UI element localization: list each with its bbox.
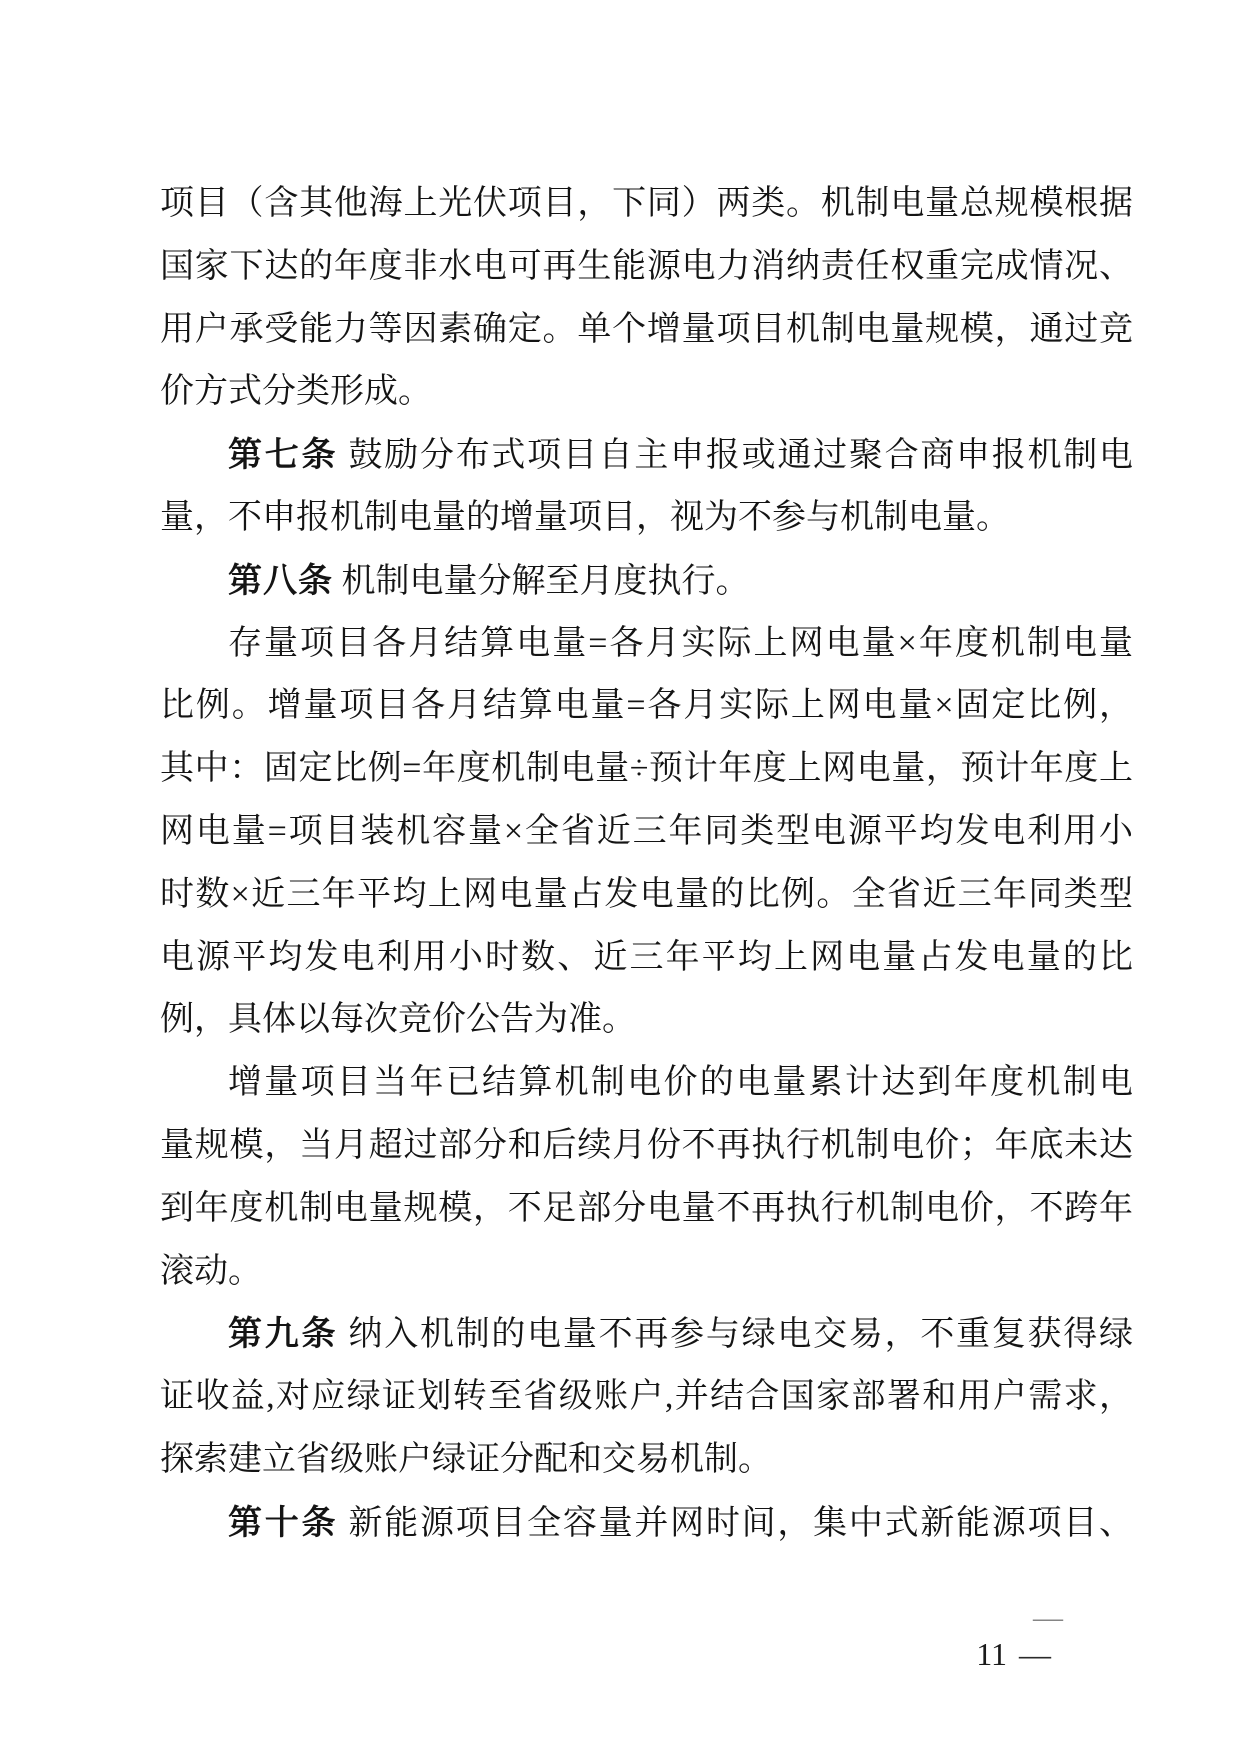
text-line: 证收益,对应绿证划转至省级账户,并结合国家部署和用户需求， (160, 1366, 1133, 1429)
text-line: 比例。增量项目各月结算电量=各月实际上网电量×固定比例， (160, 675, 1133, 738)
line-text: 价方式分类形成。 (160, 373, 432, 410)
text-line: 国家下达的年度非水电可再生能源电力消纳责任权重完成情况、 (160, 236, 1133, 299)
text-line: 例，具体以每次竞价公告为准。 (160, 989, 1133, 1052)
line-text: 纳入机制的电量不再参与绿电交易，不重复获得绿 (338, 1316, 1133, 1353)
line-text: 证收益,对应绿证划转至省级账户,并结合国家部署和用户需求， (160, 1378, 1133, 1415)
text-line: 第十条 新能源项目全容量并网时间，集中式新能源项目、 (160, 1492, 1133, 1555)
text-line: 第八条 机制电量分解至月度执行。 (160, 550, 1133, 613)
text-line: 到年度机制电量规模，不足部分电量不再执行机制电价，不跨年 (160, 1178, 1133, 1241)
article-number: 第九条 (228, 1315, 338, 1353)
text-line: 用户承受能力等因素确定。单个增量项目机制电量规模，通过竞 (160, 299, 1133, 362)
page-number-top-dash: — (976, 1603, 1063, 1633)
text-line: 增量项目当年已结算机制电价的电量累计达到年度机制电 (160, 1052, 1133, 1115)
line-text: 其中：固定比例=年度机制电量÷预计年度上网电量，预计年度上 (160, 750, 1133, 787)
text-line: 时数×近三年平均上网电量占发电量的比例。全省近三年同类型 (160, 864, 1133, 927)
text-line: 网电量=项目装机容量×全省近三年同类型电源平均发电利用小 (160, 801, 1133, 864)
body-text: 项目（含其他海上光伏项目，下同）两类。机制电量总规模根据国家下达的年度非水电可再… (160, 173, 1133, 1555)
line-text: 用户承受能力等因素确定。单个增量项目机制电量规模，通过竞 (160, 311, 1133, 348)
line-text: 量规模，当月超过部分和后续月份不再执行机制电价；年底未达 (160, 1127, 1133, 1164)
document-page: 项目（含其他海上光伏项目，下同）两类。机制电量总规模根据国家下达的年度非水电可再… (0, 0, 1239, 1752)
line-text: 项目（含其他海上光伏项目，下同）两类。机制电量总规模根据 (160, 185, 1133, 222)
line-text: 例，具体以每次竞价公告为准。 (160, 1001, 636, 1038)
article-number: 第七条 (228, 436, 338, 474)
line-text: 国家下达的年度非水电可再生能源电力消纳责任权重完成情况、 (160, 248, 1133, 285)
page-number: — 11— (976, 1603, 1063, 1670)
line-text: 量，不申报机制电量的增量项目，视为不参与机制电量。 (160, 499, 1010, 536)
page-number-line: 11— (976, 1638, 1063, 1670)
text-line: 价方式分类形成。 (160, 361, 1133, 424)
line-text: 网电量=项目装机容量×全省近三年同类型电源平均发电利用小 (160, 813, 1133, 850)
page-number-trailing-dash: — (1019, 1636, 1051, 1672)
text-line: 量规模，当月超过部分和后续月份不再执行机制电价；年底未达 (160, 1115, 1133, 1178)
text-line: 第九条 纳入机制的电量不再参与绿电交易，不重复获得绿 (160, 1303, 1133, 1366)
text-line: 第七条 鼓励分布式项目自主申报或通过聚合商申报机制电 (160, 424, 1133, 487)
line-text: 电源平均发电利用小时数、近三年平均上网电量占发电量的比 (160, 939, 1133, 976)
line-text: 新能源项目全容量并网时间，集中式新能源项目、 (338, 1505, 1133, 1542)
article-number: 第十条 (228, 1504, 338, 1542)
line-text: 机制电量分解至月度执行。 (333, 563, 750, 600)
text-line: 项目（含其他海上光伏项目，下同）两类。机制电量总规模根据 (160, 173, 1133, 236)
line-text: 滚动。 (160, 1253, 262, 1290)
line-text: 比例。增量项目各月结算电量=各月实际上网电量×固定比例， (160, 687, 1133, 724)
line-text: 存量项目各月结算电量=各月实际上网电量×年度机制电量 (228, 625, 1133, 662)
line-text: 到年度机制电量规模，不足部分电量不再执行机制电价，不跨年 (160, 1190, 1133, 1227)
line-text: 鼓励分布式项目自主申报或通过聚合商申报机制电 (338, 437, 1133, 474)
text-line: 滚动。 (160, 1241, 1133, 1304)
text-line: 存量项目各月结算电量=各月实际上网电量×年度机制电量 (160, 613, 1133, 676)
article-number: 第八条 (228, 562, 333, 600)
line-text: 时数×近三年平均上网电量占发电量的比例。全省近三年同类型 (160, 876, 1133, 913)
line-text: 探索建立省级账户绿证分配和交易机制。 (160, 1441, 772, 1478)
text-line: 电源平均发电利用小时数、近三年平均上网电量占发电量的比 (160, 927, 1133, 990)
line-text: 增量项目当年已结算机制电价的电量累计达到年度机制电 (228, 1064, 1133, 1101)
text-line: 探索建立省级账户绿证分配和交易机制。 (160, 1429, 1133, 1492)
text-line: 其中：固定比例=年度机制电量÷预计年度上网电量，预计年度上 (160, 738, 1133, 801)
text-line: 量，不申报机制电量的增量项目，视为不参与机制电量。 (160, 487, 1133, 550)
page-number-value: 11 (976, 1636, 1007, 1672)
